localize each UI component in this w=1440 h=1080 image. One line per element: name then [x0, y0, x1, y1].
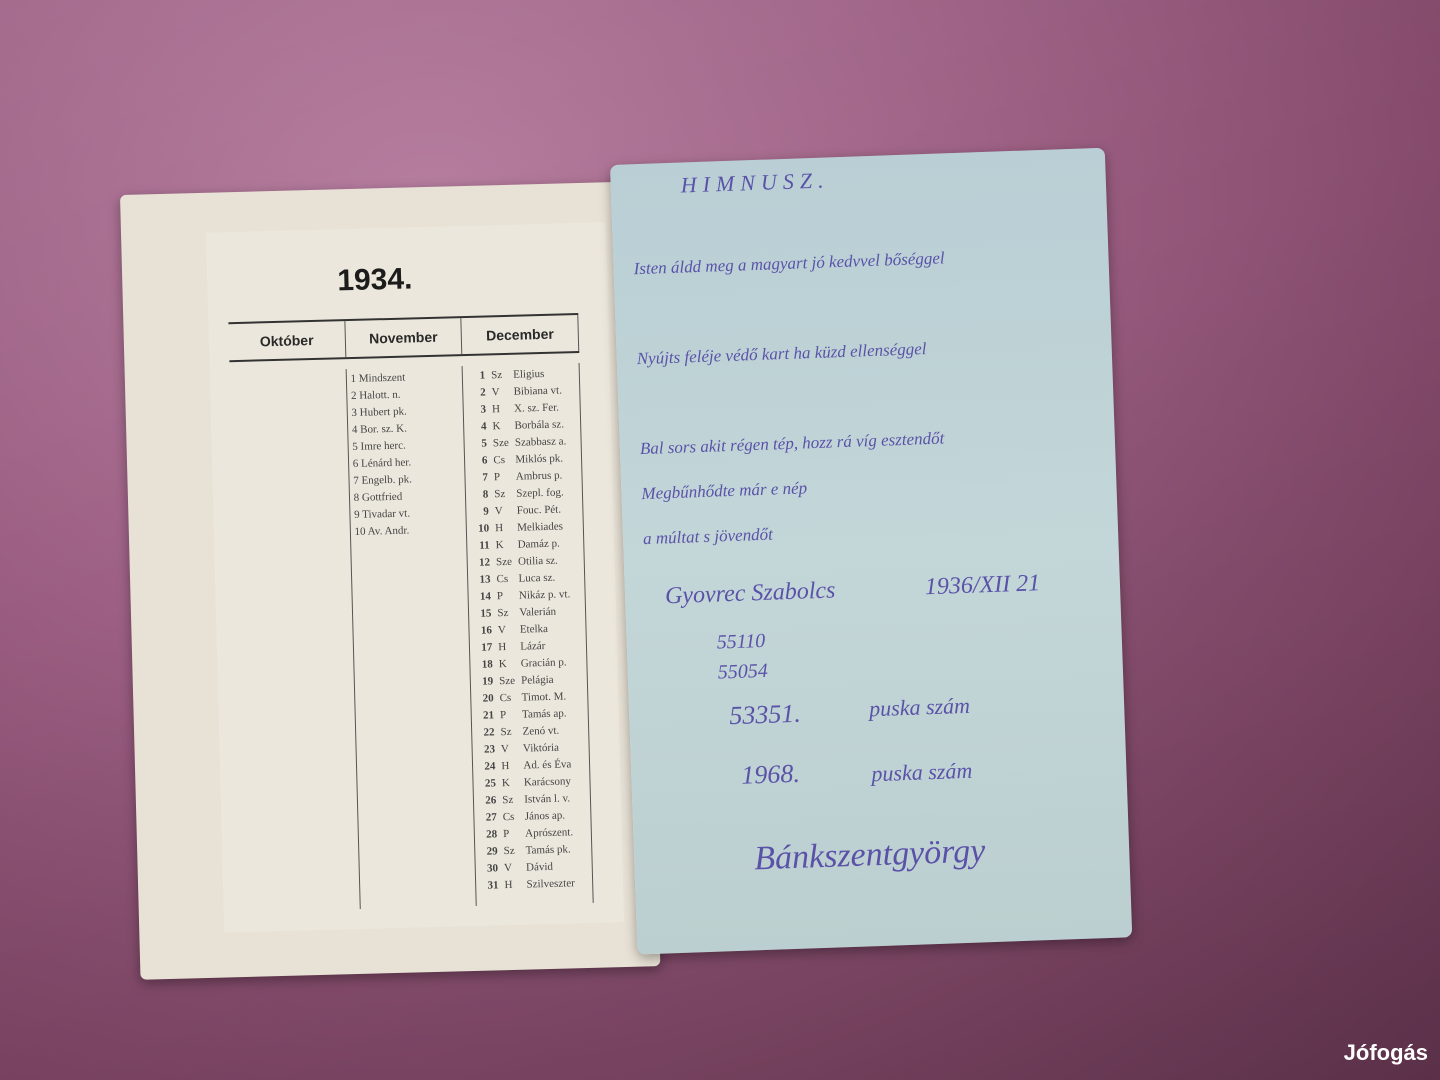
day-name: Tamás pk.: [525, 841, 570, 859]
day-d: 12: [472, 554, 490, 571]
calendar-page: 1934. Október November December 1 Mindsz…: [120, 181, 660, 979]
month-december: December: [462, 315, 580, 354]
signature: Gyovrec Szabolcs: [665, 577, 836, 610]
day-d: 1: [467, 368, 485, 385]
day-d: 27: [479, 809, 497, 826]
watermark-logo: Jófogás: [1344, 1040, 1428, 1066]
day-wd: K: [495, 537, 511, 554]
day-wd: H: [492, 401, 508, 418]
day-d: 31: [480, 877, 498, 894]
day-name: Karácsony: [524, 773, 571, 791]
note-label: puska szám: [871, 758, 973, 788]
day-d: 2: [467, 384, 485, 401]
day-d: 4: [468, 418, 486, 435]
day-wd: H: [501, 758, 517, 775]
note-line: a múltat s jövendőt: [643, 525, 773, 550]
day-wd: Cs: [496, 571, 512, 588]
october-column: [230, 369, 361, 912]
day-wd: Cs: [499, 690, 515, 707]
day-name: 7 Engelb. pk.: [353, 471, 412, 490]
day-name: Szabbasz a.: [515, 433, 567, 451]
day-name: István l. v.: [524, 790, 570, 808]
day-wd: Sz: [502, 792, 518, 809]
day-name: X. sz. Fer.: [514, 400, 559, 418]
day-name: 4 Bor. sz. K.: [352, 421, 407, 439]
day-name: Eligius: [513, 366, 545, 384]
note-number: 53351.: [729, 699, 802, 731]
day-wd: K: [502, 775, 518, 792]
day-name: Gracián p.: [521, 654, 567, 672]
day-name: Zenó vt.: [522, 723, 559, 741]
day-name: Ad. és Éva: [523, 756, 571, 774]
day-wd: Sze: [496, 554, 512, 571]
day-name: Melkiades: [517, 519, 563, 537]
day-name: Tamás ap.: [522, 705, 567, 723]
day-wd: Sz: [500, 724, 516, 741]
day-d: 29: [479, 843, 497, 860]
day-d: 24: [477, 758, 495, 775]
day-wd: H: [504, 877, 520, 894]
day-wd: P: [497, 588, 513, 605]
day-wd: Sze: [499, 673, 515, 690]
note-date: 1936/XII 21: [924, 570, 1040, 601]
calendar-day-row: 10HMelkiades: [471, 518, 579, 538]
calendar-day-row: 14PNikáz p. vt.: [473, 586, 581, 606]
day-d: 19: [475, 673, 493, 690]
calendar-year: 1934.: [337, 262, 413, 298]
day-d: 8: [470, 486, 488, 503]
day-d: 3: [468, 401, 486, 418]
day-name: 2 Halott. n.: [351, 387, 401, 405]
day-name: Szepl. fog.: [516, 484, 564, 502]
calendar-day-row: 26SzIstván l. v.: [478, 790, 586, 810]
calendar-day-row: 31HSzilveszter: [480, 875, 588, 895]
day-name: Aprószent.: [525, 824, 573, 842]
day-name: János ap.: [525, 808, 566, 826]
day-name: Borbála sz.: [514, 416, 564, 434]
day-name: 9 Tivadar vt.: [354, 506, 410, 524]
day-wd: V: [498, 622, 514, 639]
day-name: 10 Av. Andr.: [354, 523, 409, 541]
note-line: Bal sors akit régen tép, hozz rá víg esz…: [640, 429, 945, 460]
day-wd: P: [494, 469, 510, 486]
day-d: 11: [471, 537, 489, 554]
day-d: 28: [479, 826, 497, 843]
day-d: 16: [474, 622, 492, 639]
day-name: Szilveszter: [526, 875, 575, 893]
calendar-sheet: 1934. Október November December 1 Mindsz…: [206, 222, 624, 932]
note-number: 55054: [717, 660, 768, 685]
day-d: 5: [469, 435, 487, 452]
day-name: Lázár: [520, 638, 545, 656]
day-wd: Cs: [493, 452, 509, 469]
day-wd: H: [495, 520, 511, 537]
month-header-row: Október November December: [228, 313, 579, 362]
day-d: 13: [472, 571, 490, 588]
day-name: Luca sz.: [518, 570, 555, 588]
day-wd: H: [498, 639, 514, 656]
calendar-day-row: 2VBibiana vt.: [467, 382, 575, 402]
calendar-day-row: 8SzSzepl. fog.: [470, 484, 578, 504]
day-d: 9: [471, 503, 489, 520]
day-wd: V: [491, 384, 507, 401]
day-d: 21: [476, 707, 494, 724]
day-name: Valerián: [519, 604, 556, 622]
day-name: Miklós pk.: [515, 450, 563, 468]
note-title: HIMNUSZ.: [680, 167, 830, 198]
note-line: Isten áldd meg a magyart jó kedvvel bősé…: [633, 248, 945, 279]
day-name: 5 Imre herc.: [352, 438, 406, 456]
day-wd: V: [495, 503, 511, 520]
day-name: Pelágia: [521, 672, 554, 690]
day-d: 20: [475, 690, 493, 707]
day-d: 6: [469, 452, 487, 469]
month-november: November: [345, 318, 463, 357]
day-name: Etelka: [520, 621, 549, 639]
day-d: 23: [477, 741, 495, 758]
day-wd: P: [500, 707, 516, 724]
day-name: Nikáz p. vt.: [519, 586, 571, 604]
day-wd: K: [492, 418, 508, 435]
day-wd: V: [501, 741, 517, 758]
day-name: Damáz p.: [517, 536, 560, 554]
calendar-columns: 1 Mindszent2 Halott. n.3 Hubert pk.4 Bor…: [230, 363, 594, 912]
day-d: 17: [474, 639, 492, 656]
day-wd: Sz: [491, 367, 507, 384]
day-wd: Sze: [493, 435, 509, 452]
note-line: Megbűnhődte már e nép: [641, 478, 807, 504]
note-number: 1968.: [741, 759, 801, 791]
note-label: puska szám: [869, 693, 971, 723]
day-d: 18: [475, 656, 493, 673]
note-number: 55110: [716, 630, 765, 655]
day-d: 25: [478, 775, 496, 792]
day-d: 15: [473, 605, 491, 622]
day-wd: V: [504, 860, 520, 877]
day-d: 10: [471, 520, 489, 537]
day-wd: Cs: [503, 809, 519, 826]
bottom-signature: Bánkszentgyörgy: [754, 832, 986, 878]
day-wd: Sz: [503, 843, 519, 860]
day-wd: K: [499, 656, 515, 673]
day-d: 22: [476, 724, 494, 741]
day-name: Ambrus p.: [516, 468, 563, 486]
calendar-day-row: 18KGracián p.: [475, 654, 583, 674]
day-name: Viktória: [523, 740, 559, 758]
day-name: 1 Mindszent: [350, 370, 405, 388]
handwritten-page: HIMNUSZ. Isten áldd meg a magyart jó ked…: [610, 148, 1132, 955]
calendar-day-row: 10 Av. Andr.: [354, 521, 462, 541]
day-name: 8 Gottfried: [353, 489, 402, 507]
november-column: 1 Mindszent2 Halott. n.3 Hubert pk.4 Bor…: [346, 366, 477, 909]
day-name: Bibiana vt.: [513, 383, 562, 401]
day-name: Dávid: [526, 859, 553, 877]
day-d: 7: [470, 469, 488, 486]
day-wd: P: [503, 826, 519, 843]
day-name: Otilia sz.: [518, 553, 558, 571]
day-wd: Sz: [494, 486, 510, 503]
month-october: Október: [228, 321, 346, 360]
day-d: 14: [473, 588, 491, 605]
december-column: 1SzEligius2VBibiana vt.3HX. sz. Fer.4KBo…: [463, 363, 594, 906]
day-name: Fouс. Pét.: [517, 502, 562, 520]
day-name: 6 Lénárd her.: [353, 454, 412, 473]
day-name: 3 Hubert pk.: [351, 404, 407, 422]
day-d: 26: [478, 792, 496, 809]
day-name: Timot. M.: [521, 688, 566, 706]
calendar-day-row: 28PAprószent.: [479, 824, 587, 844]
note-line: Nyújts feléje védő kart ha küzd ellenség…: [636, 339, 926, 369]
day-d: 30: [480, 860, 498, 877]
day-wd: Sz: [497, 605, 513, 622]
